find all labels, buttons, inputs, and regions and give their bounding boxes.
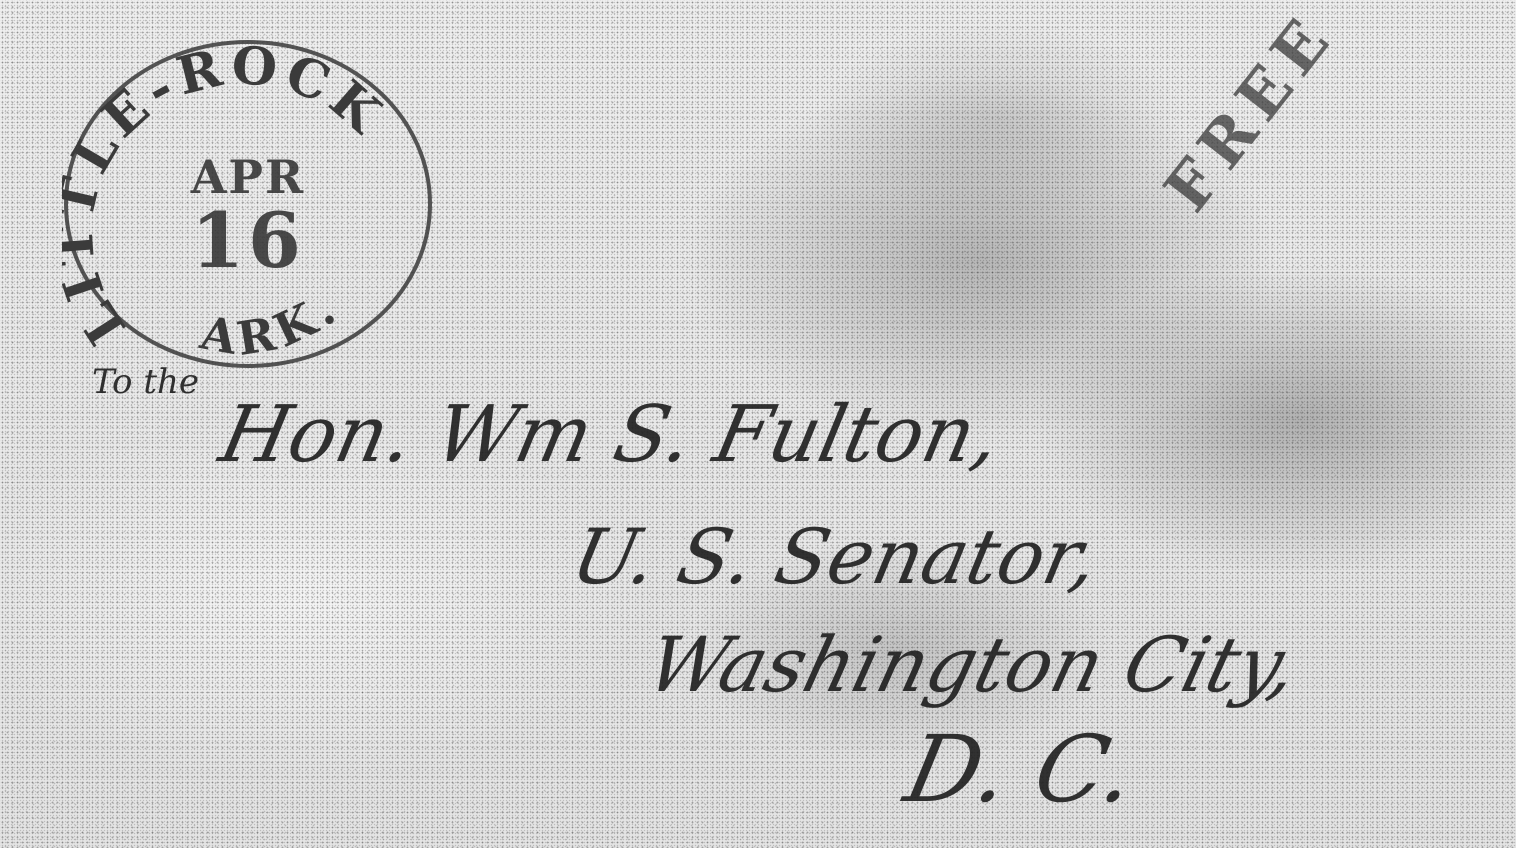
address-recipient: Hon. Wm S. Fulton, xyxy=(212,390,1008,480)
address-city: Washington City, xyxy=(639,620,1307,709)
address-salutation: To the xyxy=(92,362,199,402)
address-district: D. C. xyxy=(897,716,1145,823)
circular-postmark: LITTLE-ROCK ARK. APR 16 xyxy=(62,38,434,368)
postmark-state: ARK. xyxy=(196,279,350,366)
address-title: U. S. Senator, xyxy=(565,512,1107,601)
envelope-cover: LITTLE-ROCK ARK. APR 16 FREE To the Hon.… xyxy=(0,0,1516,848)
postmark-day: 16 xyxy=(62,196,434,285)
free-frank-stamp: FREE xyxy=(1150,0,1349,225)
